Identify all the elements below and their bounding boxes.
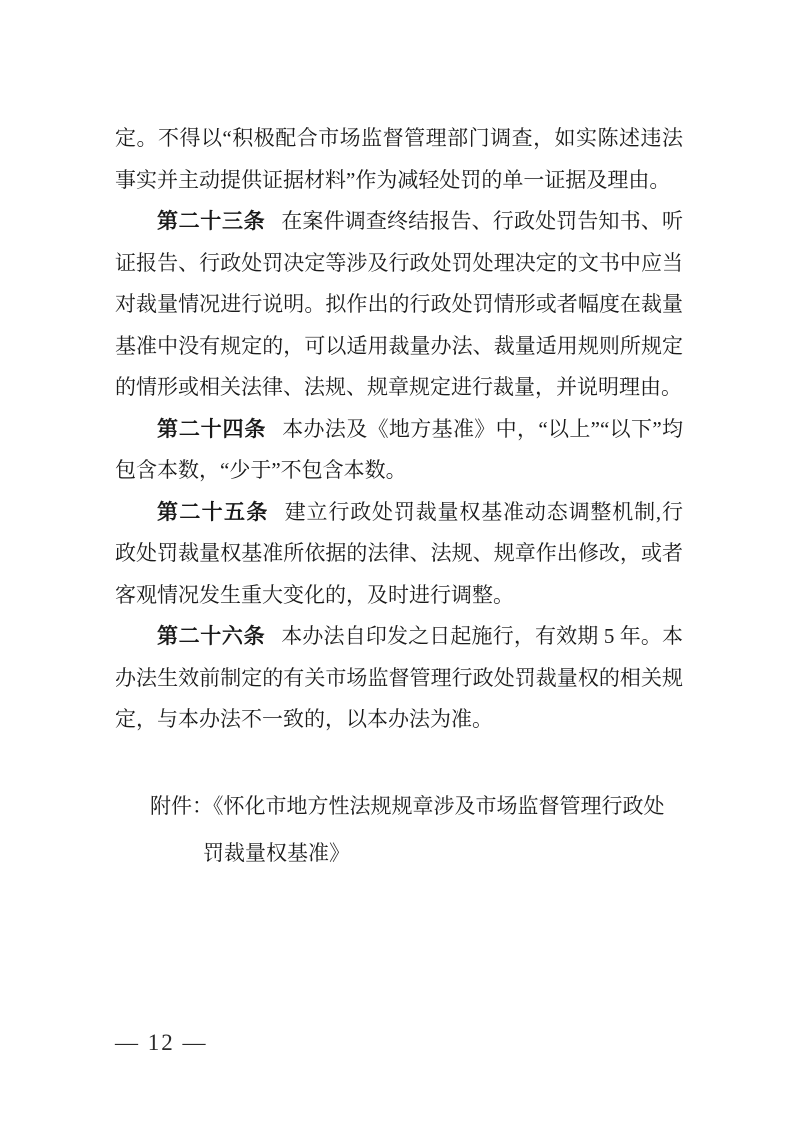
attachment-title: 《怀化市地方性法规规章涉及市场监督管理行政处罚裁量权基准》 — [203, 794, 665, 865]
article-23-heading: 第二十三条 — [157, 209, 265, 233]
article-25-heading: 第二十五条 — [157, 500, 269, 524]
article-23-paragraph: 第二十三条在案件调查终结报告、行政处罚告知书、听证报告、行政处罚决定等涉及行政处… — [115, 201, 683, 409]
article-24-heading: 第二十四条 — [157, 417, 266, 441]
article-23-text: 在案件调查终结报告、行政处罚告知书、听证报告、行政处罚决定等涉及行政处罚处理决定… — [115, 209, 683, 399]
continuation-paragraph: 定。不得以“积极配合市场监督管理部门调查，如实陈述违法事实并主动提供证据材料”作… — [115, 118, 683, 201]
article-26-paragraph: 第二十六条本办法自印发之日起施行，有效期 5 年。本办法生效前制定的有关市场监督… — [115, 616, 683, 741]
attachment-note: 附件：《怀化市地方性法规规章涉及市场监督管理行政处罚裁量权基准》 — [115, 783, 683, 877]
article-24-paragraph: 第二十四条本办法及《地方基准》中，“以上”“以下”均包含本数，“少于”不包含本数… — [115, 409, 683, 492]
article-25-paragraph: 第二十五条建立行政处罚裁量权基准动态调整机制,行政处罚裁量权基准所依据的法律、法… — [115, 492, 683, 617]
page-number: — 12 — — [115, 1030, 208, 1056]
document-body: 定。不得以“积极配合市场监督管理部门调查，如实陈述违法事实并主动提供证据材料”作… — [115, 118, 683, 877]
attachment-label: 附件： — [150, 794, 213, 818]
document-page: 定。不得以“积极配合市场监督管理部门调查，如实陈述违法事实并主动提供证据材料”作… — [0, 0, 793, 1122]
article-26-heading: 第二十六条 — [157, 624, 265, 648]
